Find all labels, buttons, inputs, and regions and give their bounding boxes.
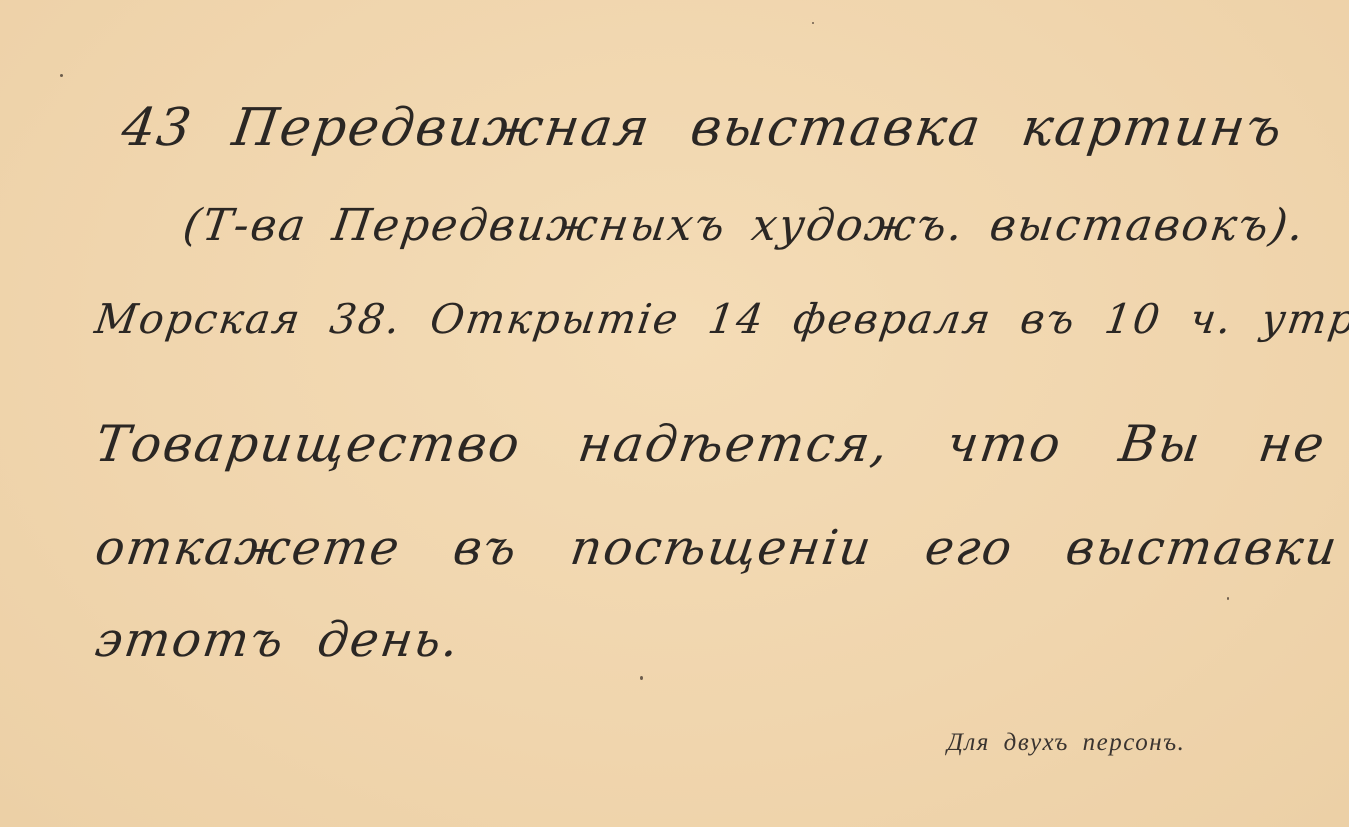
paper-speck [1227,597,1229,600]
invitation-text-line-3: этотъ день. [92,612,464,668]
exhibition-title: 43 Передвижная выставка картинъ [118,98,1287,158]
paper-speck [640,676,643,680]
invitation-text-line-2: откажете въ посѣщеніи его выставки въ [92,520,1349,576]
invitation-text-line-1: Товарищество надѣется, что Вы не [92,415,1330,473]
society-name: (Т-ва Передвижныхъ художъ. выставокъ). [180,200,1309,251]
address-and-opening: Морская 38. Открытіе 14 февраля въ 10 ч.… [92,295,1349,343]
paper-speck [60,74,63,77]
admission-note: Для двухъ персонъ. [947,729,1185,757]
paper-speck [812,22,814,24]
